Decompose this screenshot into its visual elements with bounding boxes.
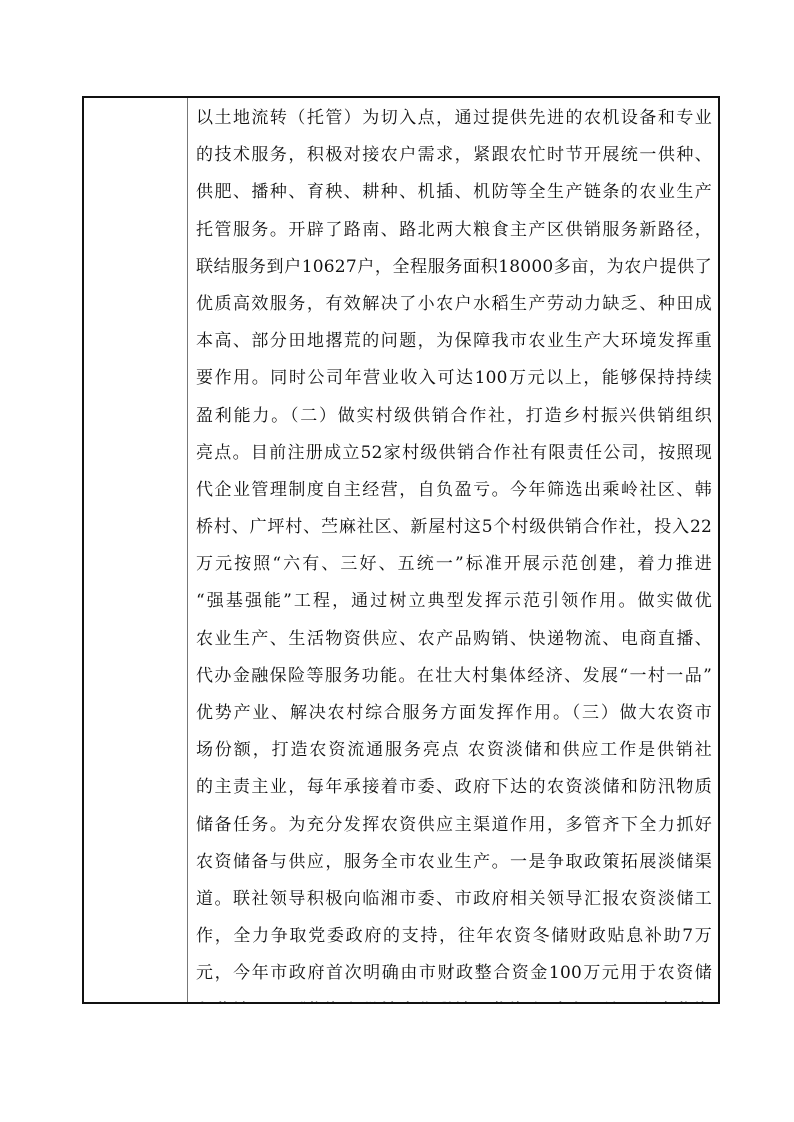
text-line: 优势产业、解决农村综合服务方面发挥作用。（三）做大农资市 — [196, 695, 712, 732]
text-line: 本高、部分田地撂荒的问题，为保障我市农业生产大环境发挥重 — [196, 323, 712, 360]
text-line: 万元按照“六有、三好、五统一”标准开展示范创建，着力推进 — [196, 546, 712, 583]
text-line: 农资储备与供应，服务全市农业生产。一是争取政策拓展淡储渠 — [196, 844, 712, 881]
text-line: 亮点。目前注册成立52家村级供销合作社有限责任公司，按照现 — [196, 435, 712, 472]
document-table: 以土地流转（托管）为切入点，通过提供先进的农机设备和专业 的技术服务，积极对接农… — [82, 96, 720, 1004]
text-line: 以土地流转（托管）为切入点，通过提供先进的农机设备和专业 — [196, 100, 712, 137]
text-line: 的技术服务，积极对接农户需求，紧跟农忙时节开展统一供种、 — [196, 137, 712, 174]
text-line: 盈利能力。（二）做实村级供销合作社，打造乡村振兴供销组织 — [196, 398, 712, 435]
text-line: 供肥、播种、育秧、耕种、机插、机防等全生产链条的农业生产 — [196, 174, 712, 211]
text-line: 储备任务。为充分发挥农资供应主渠道作用，多管齐下全力抓好 — [196, 807, 712, 844]
text-line: 代企业管理制度自主经营，自负盈亏。今年筛选出乘岭社区、韩 — [196, 472, 712, 509]
text-line: 场份额，打造农资流通服务亮点 农资淡储和供应工作是供销社 — [196, 732, 712, 769]
text-line: 代办金融保险等服务功能。在壮大村集体经济、发展“一村一品” — [196, 658, 712, 695]
text-line: 要作用。同时公司年营业收入可达100万元以上，能够保持持续 — [196, 360, 712, 397]
text-line: “强基强能”工程，通过树立典型发挥示范引领作用。做实做优 — [196, 583, 712, 620]
text-line: 道。联社领导积极向临湘市委、市政府相关领导汇报农资淡储工 — [196, 881, 712, 918]
text-line: 优质高效服务，有效解决了小农户水稻生产劳动力缺乏、种田成 — [196, 286, 712, 323]
text-line: 桥村、广坪村、苎麻社区、新屋村这5个村级供销合作社，投入22 — [196, 509, 712, 546]
text-line: 备奖补，以《临湘市供销合作联社，临湘市财政局关于印发临湘 — [196, 993, 712, 1003]
text-line: 托管服务。开辟了路南、路北两大粮食主产区供销服务新路径， — [196, 212, 712, 249]
table-left-cell — [84, 98, 188, 1002]
text-line: 元，今年市政府首次明确由市财政整合资金100万元用于农资储 — [196, 955, 712, 992]
text-line: 农业生产、生活物资供应、农产品购销、快递物流、电商直播、 — [196, 621, 712, 658]
text-line: 作，全力争取党委政府的支持，往年农资冬储财政贴息补助7万 — [196, 918, 712, 955]
text-line: 的主责主业，每年承接着市委、政府下达的农资淡储和防汛物质 — [196, 769, 712, 806]
text-line: 联结服务到户10627户，全程服务面积18000多亩，为农户提供了 — [196, 249, 712, 286]
table-right-cell: 以土地流转（托管）为切入点，通过提供先进的农机设备和专业 的技术服务，积极对接农… — [188, 98, 718, 1002]
